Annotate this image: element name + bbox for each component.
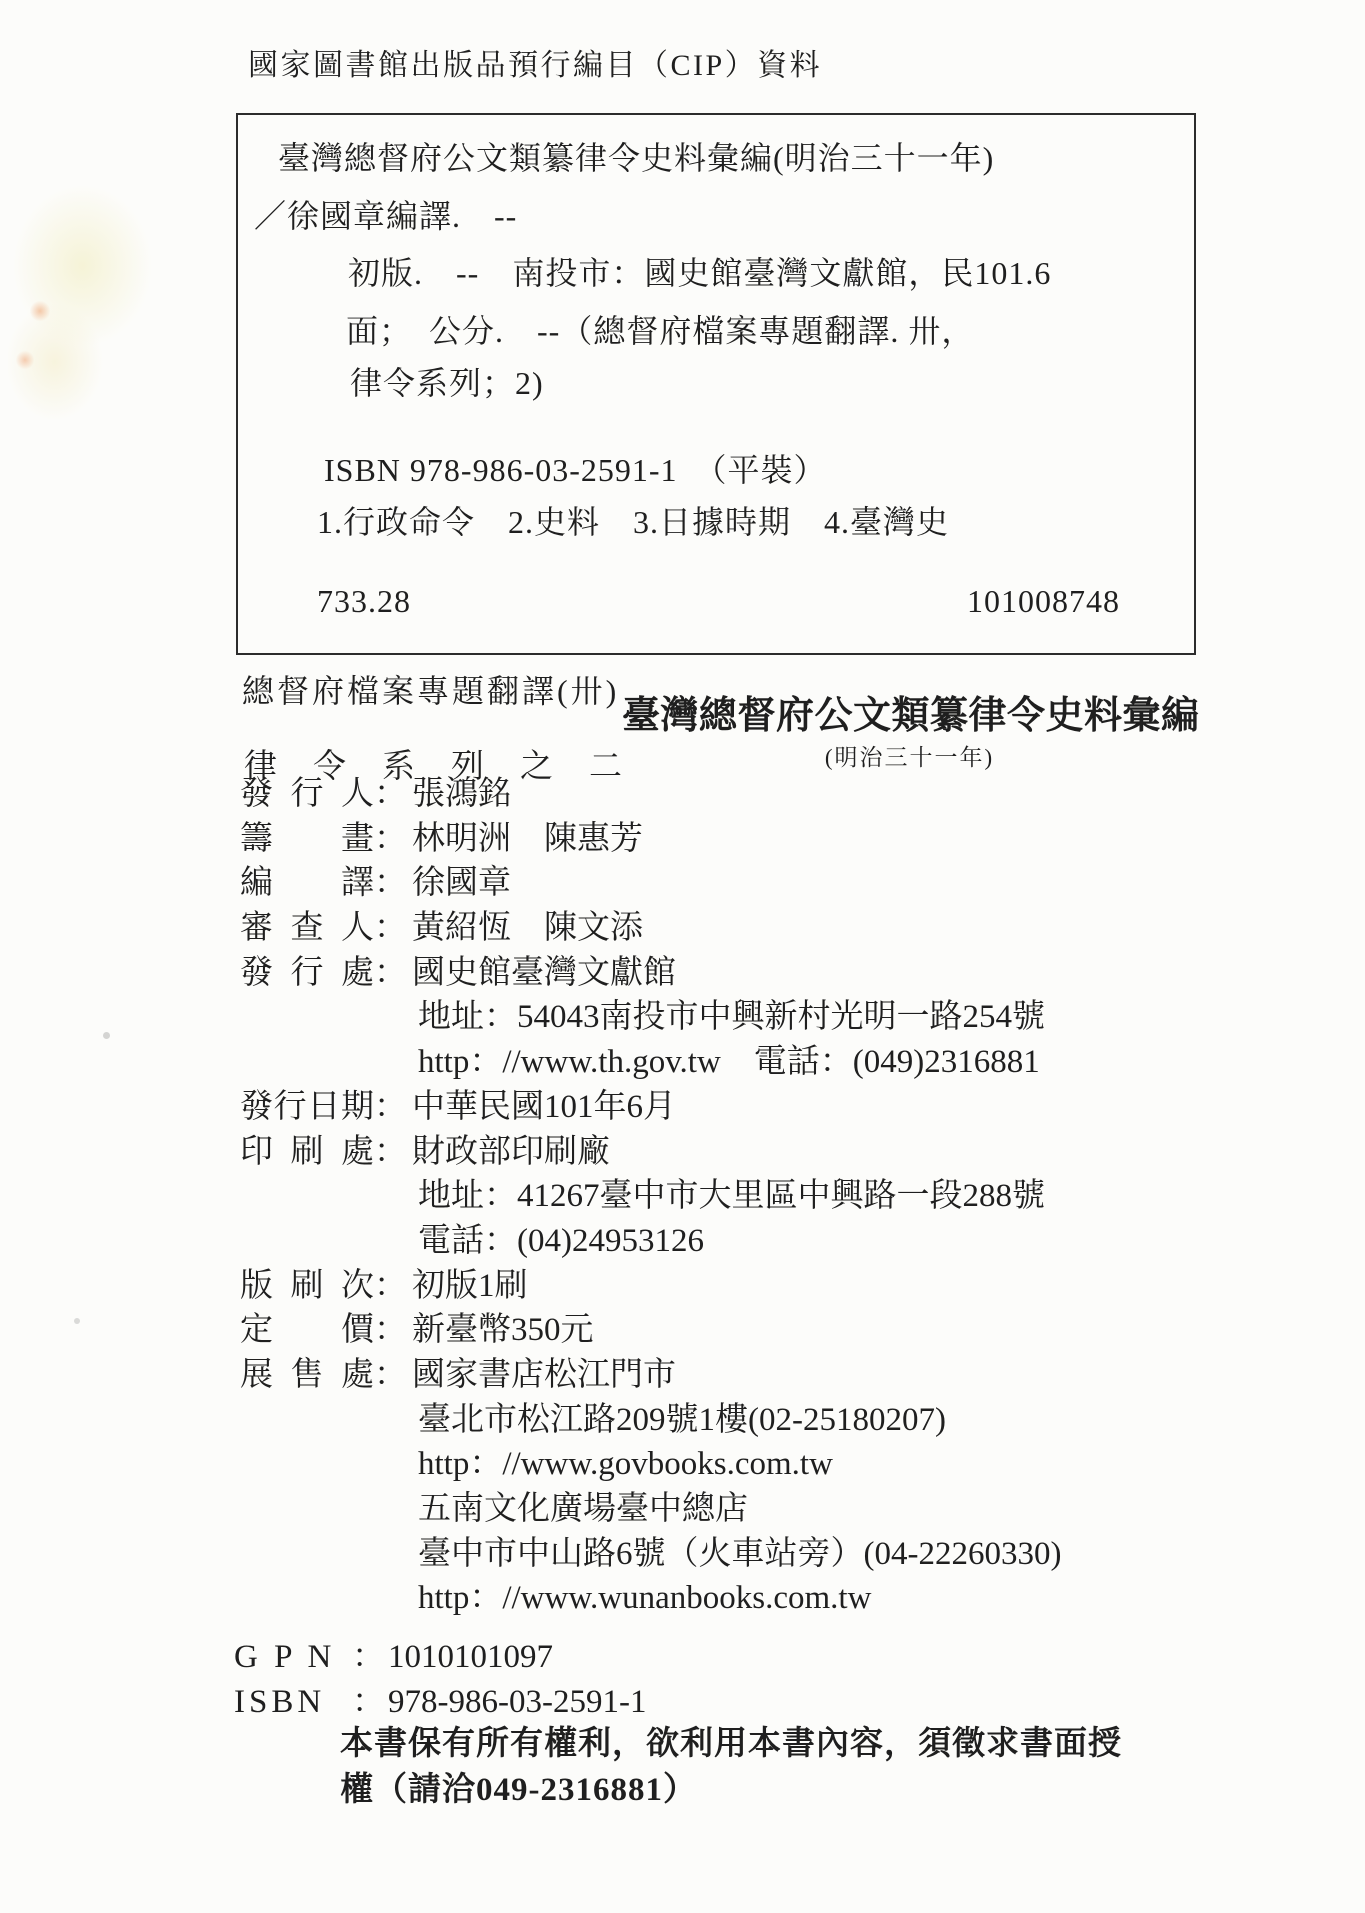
colophon-row-retailer1-address: 臺北市松江路209號1樓(02-25180207) xyxy=(240,1398,1300,1443)
continuation-text: 地址：54043南投市中興新村光明一路254號 xyxy=(418,999,1045,1035)
field-label: 發行日期 xyxy=(240,1085,374,1130)
colon: ： xyxy=(352,1675,388,1722)
colon: ： xyxy=(374,1264,410,1309)
colophon-row-retailer2-name: 五南文化廣場臺中總店 xyxy=(240,1487,1300,1532)
isbn-line: ISBN：978-986-03-2591-1 xyxy=(234,1675,646,1722)
colon: ： xyxy=(374,861,410,906)
colon: ： xyxy=(374,1308,410,1353)
field-value: 國家書店松江門市 xyxy=(412,1357,676,1393)
colophon-row-publisher-address: 地址：54043南投市中興新村光明一路254號 xyxy=(240,995,1300,1040)
field-label: 發行處 xyxy=(240,951,374,996)
continuation-text: http：//www.th.gov.tw 電話：(049)2316881 xyxy=(418,1044,1040,1080)
cip-edition-line: 初版. -- 南投市：國史館臺灣文獻館，民101.6 xyxy=(348,248,1051,294)
continuation-text: 臺中市中山路6號（火車站旁）(04-22260330) xyxy=(418,1536,1061,1572)
colophon-row-retailer: 展售處：國家書店松江門市 xyxy=(240,1353,1300,1398)
field-value: 林明洲 陳惠芳 xyxy=(412,821,643,857)
dust-speck xyxy=(74,1318,80,1324)
colon: ： xyxy=(352,1630,388,1677)
continuation-text: http：//www.govbooks.com.tw xyxy=(418,1446,833,1482)
stain-speck xyxy=(30,300,50,322)
field-value: 張鴻銘 xyxy=(412,776,511,812)
colophon-page: 國家圖書館出版品預行編目（CIP）資料 臺灣總督府公文類纂律令史料彙編(明治三十… xyxy=(0,0,1365,1913)
colophon-row-price: 定價：新臺幣350元 xyxy=(240,1308,1300,1353)
colophon-row-translator: 編譯：徐國章 xyxy=(240,861,1300,906)
field-label: 展售處 xyxy=(240,1353,374,1398)
classification-number: 733.28 xyxy=(317,583,411,620)
cip-series-line: 律令系列；2) xyxy=(350,358,544,404)
field-value: 中華民國101年6月 xyxy=(412,1089,676,1125)
cip-author-line: ／徐國章編譯. -- xyxy=(254,191,517,237)
cip-format-line: 面； 公分. --（總督府檔案專題翻譯. 卅， xyxy=(346,306,974,352)
colon: ： xyxy=(374,772,410,817)
record-number: 101008748 xyxy=(967,583,1120,620)
continuation-text: 地址：41267臺中市大里區中興路一段288號 xyxy=(418,1178,1045,1214)
continuation-text: 臺北市松江路209號1樓(02-25180207) xyxy=(418,1402,946,1438)
field-value: 黃紹恆 陳文添 xyxy=(412,910,643,946)
colophon-list: 發行人：張鴻銘 籌畫：林明洲 陳惠芳 編譯：徐國章 審查人：黃紹恆 陳文添 發行… xyxy=(240,772,1300,1621)
colophon-row-printer: 印刷處：財政部印刷廠 xyxy=(240,1130,1300,1175)
colon: ： xyxy=(374,817,410,862)
field-value: 徐國章 xyxy=(412,865,511,901)
colophon-row-edition: 版刷次：初版1刷 xyxy=(240,1264,1300,1309)
isbn-label: ISBN xyxy=(234,1684,352,1721)
notice-line-2: 權（請洽049-2316881） xyxy=(340,1768,1122,1814)
colophon-row-printer-phone: 電話：(04)24953126 xyxy=(240,1219,1300,1264)
field-label: 定價 xyxy=(240,1308,374,1353)
gpn-value: 1010101097 xyxy=(388,1639,553,1675)
cip-box: 臺灣總督府公文類纂律令史料彙編(明治三十一年) ／徐國章編譯. -- 初版. -… xyxy=(236,113,1196,655)
continuation-text: 電話：(04)24953126 xyxy=(418,1223,704,1259)
colon: ： xyxy=(374,1085,410,1130)
continuation-text: http：//www.wunanbooks.com.tw xyxy=(418,1580,871,1616)
book-title: 臺灣總督府公文類纂律令史料彙編 xyxy=(622,684,1197,739)
colon: ： xyxy=(374,1353,410,1398)
colon: ： xyxy=(374,951,410,996)
field-label: 印刷處 xyxy=(240,1130,374,1175)
colophon-row-retailer2-address: 臺中市中山路6號（火車站旁）(04-22260330) xyxy=(240,1532,1300,1577)
cip-subjects-line: 1.行政命令 2.史料 3.日據時期 4.臺灣史 xyxy=(317,497,949,543)
field-label: 版刷次 xyxy=(240,1264,374,1309)
field-label: 編譯 xyxy=(240,861,374,906)
field-value: 國史館臺灣文獻館 xyxy=(412,955,676,991)
paper-stain xyxy=(8,182,163,422)
colophon-row-printer-address: 地址：41267臺中市大里區中興路一段288號 xyxy=(240,1174,1300,1219)
cip-isbn-line: ISBN 978-986-03-2591-1 （平裝） xyxy=(324,445,827,491)
colophon-row-publisher: 發行處：國史館臺灣文獻館 xyxy=(240,951,1300,996)
colon: ： xyxy=(374,1130,410,1175)
dust-speck xyxy=(103,1032,110,1039)
isbn-value: 978-986-03-2591-1 xyxy=(388,1684,646,1720)
continuation-text: 五南文化廣場臺中總店 xyxy=(418,1491,748,1527)
series-title: 總督府檔案專題翻譯(卅) xyxy=(242,666,619,712)
stain-speck xyxy=(16,350,34,370)
colophon-row-reviewers: 審查人：黃紹恆 陳文添 xyxy=(240,906,1300,951)
field-value: 初版1刷 xyxy=(412,1268,528,1304)
field-label: 籌畫 xyxy=(240,817,374,862)
gpn-line: G P N：1010101097 xyxy=(234,1630,553,1677)
book-subtitle: (明治三十一年) xyxy=(622,739,1197,772)
colophon-row-publisher-website: http：//www.th.gov.tw 電話：(049)2316881 xyxy=(240,1040,1300,1085)
cip-header: 國家圖書館出版品預行編目（CIP）資料 xyxy=(248,40,822,84)
colophon-row-retailer2-website: http：//www.wunanbooks.com.tw xyxy=(240,1576,1300,1621)
field-label: 審查人 xyxy=(240,906,374,951)
colophon-row-publisher-name: 發行人：張鴻銘 xyxy=(240,772,1300,817)
notice-line-1: 本書保有所有權利，欲利用本書內容，須徵求書面授 xyxy=(340,1722,1122,1768)
field-value: 新臺幣350元 xyxy=(412,1312,594,1348)
colon: ： xyxy=(374,906,410,951)
copyright-notice: 本書保有所有權利，欲利用本書內容，須徵求書面授 權（請洽049-2316881） xyxy=(340,1722,1122,1813)
cip-title-line: 臺灣總督府公文類纂律令史料彙編(明治三十一年) xyxy=(278,133,994,179)
field-label: 發行人 xyxy=(240,772,374,817)
colophon-row-retailer1-website: http：//www.govbooks.com.tw xyxy=(240,1442,1300,1487)
gpn-label: G P N xyxy=(234,1639,352,1676)
colophon-row-publish-date: 發行日期：中華民國101年6月 xyxy=(240,1085,1300,1130)
field-value: 財政部印刷廠 xyxy=(412,1134,610,1170)
colophon-row-planner: 籌畫：林明洲 陳惠芳 xyxy=(240,817,1300,862)
